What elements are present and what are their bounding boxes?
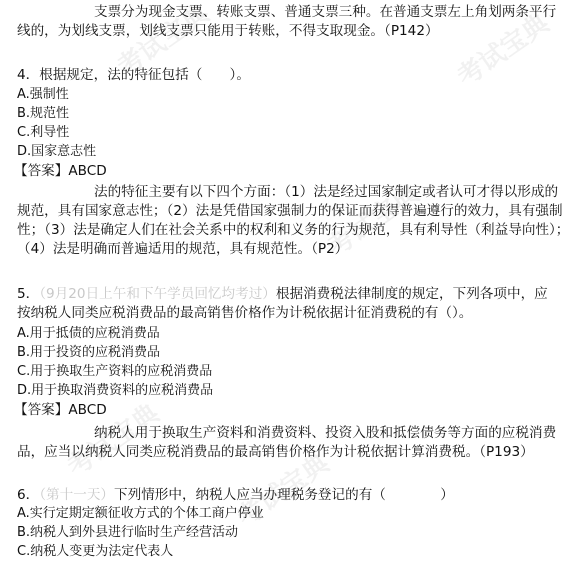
q6-question: 6．（第十一天）下列情形中，纳税人应当办理税务登记的有（ ）	[17, 486, 454, 504]
q4-option-d: D.国家意志性	[17, 143, 96, 161]
q4-explanation-2: 规范，具有国家意志性；（2）法是凭借国家强制力的保证而获得普遍遵行的效力，具有强…	[17, 202, 563, 220]
q6-option-b: B.纳税人到外县进行临时生产经营活动	[17, 524, 238, 542]
q6-option-c: C.纳税人变更为法定代表人	[17, 543, 173, 561]
q6-number: 6．	[17, 487, 39, 503]
q4-explanation-4: （4）法是明确而普遍适用的规范，具有规范性。（P2）	[17, 240, 348, 258]
q4-option-b: B.规范性	[17, 105, 69, 123]
q5-option-a: A.用于抵债的应税消费品	[17, 325, 160, 343]
q6-note: （第十一天）	[39, 487, 114, 503]
q6-option-a: A.实行定期定额征收方式的个体工商户停业	[17, 505, 264, 523]
document-page: 考试宝典 考试宝典 考试宝典 考试宝典 考试宝典 支票分为现金支票、转账支票、普…	[0, 0, 570, 562]
q4-explanation-1: 法的特征主要有以下四个方面：（1）法是经过国家制定或者认可才得以形成的	[94, 183, 558, 201]
q5-number: 5．	[17, 286, 39, 302]
q5-explanation-2: 品，应当以纳税人同类应税消费品的最高销售价格作为计税依据计算消费税。（P193）	[17, 443, 534, 461]
q5-option-b: B.用于投资的应税消费品	[17, 344, 160, 362]
q5-answer: 【答案】ABCD	[14, 401, 107, 419]
q4-option-a: A.强制性	[17, 86, 69, 104]
q5-question-line-1: 5．（9月20日上午和下午学员回忆均考过）根据消费税法律制度的规定，下列各项中，…	[17, 285, 548, 303]
q5-explanation-1: 纳税人用于换取生产资料和消费资料、投资入股和抵偿债务等方面的应税消费	[94, 424, 556, 442]
q5-question-line-2: 按纳税人同类应税消费品的最高销售价格作为计税依据计征消费税的有（）。	[17, 304, 472, 322]
q5-option-d: D.用于换取消费资料的应税消费品	[17, 382, 213, 400]
q6-question-text: 下列情形中，纳税人应当办理税务登记的有（ ）	[114, 487, 454, 503]
q4-answer: 【答案】ABCD	[14, 162, 107, 180]
intro-line-1: 支票分为现金支票、转账支票、普通支票三种。在普通支票左上角划两条平行	[94, 3, 556, 21]
q5-option-c: C.用于换取生产资料的应税消费品	[17, 363, 212, 381]
q5-question-text: 根据消费税法律制度的规定，下列各项中，应	[276, 286, 548, 302]
q4-option-c: C.利导性	[17, 124, 69, 142]
q4-question: 4．根据规定，法的特征包括（ ）。	[17, 66, 250, 84]
q5-note: （9月20日上午和下午学员回忆均考过）	[39, 286, 276, 302]
q4-explanation-3: 性；（3）法是确定人们在社会关系中的权利和义务的行为规范，具有利导性（利益导向性…	[17, 221, 569, 239]
intro-line-2: 线的，为划线支票，划线支票只能用于转账，不得支取现金。（P142）	[17, 22, 439, 40]
